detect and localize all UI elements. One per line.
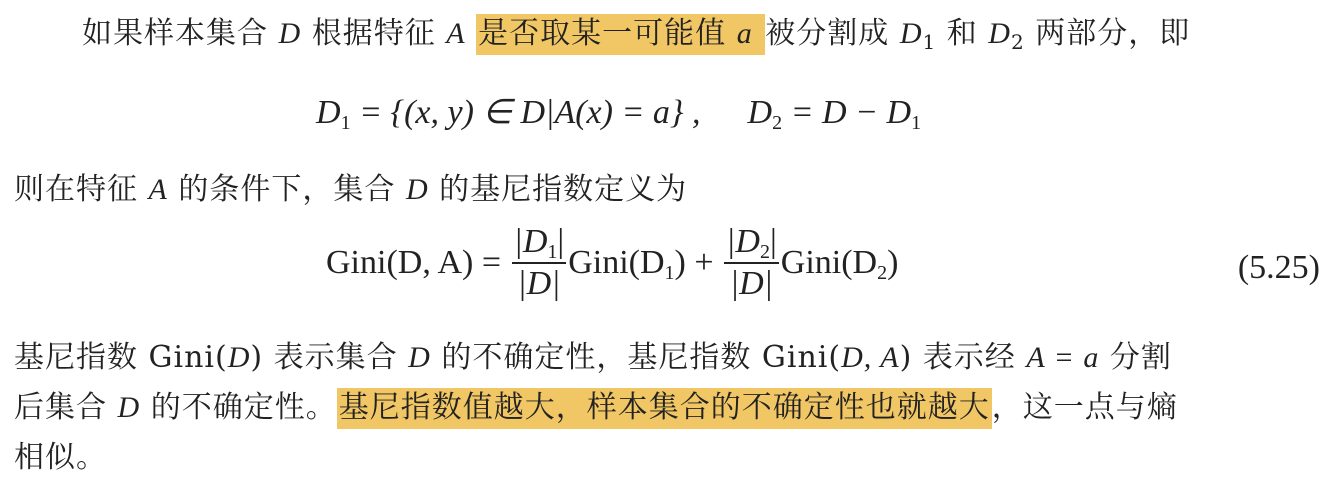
subscript: 1: [547, 241, 557, 263]
text: 的条件下，集合: [168, 172, 406, 207]
math-var: D: [748, 94, 773, 131]
paragraph-3-line-2: 后集合 D 的不确定性。基尼指数值越大，样本集合的不确定性也就越大，这一点与熵: [14, 386, 1178, 430]
text: ，这一点与熵: [992, 390, 1178, 425]
operator: ): [887, 244, 898, 281]
text: 如果样本集合: [82, 16, 279, 51]
denominator: |D|: [724, 264, 779, 304]
subscript: 2: [760, 241, 770, 263]
text: ) 表示集合: [250, 340, 408, 375]
math-var: D: [988, 17, 1011, 50]
difference-expression: = D − D: [782, 94, 911, 131]
gini-term: Gini(D: [568, 244, 664, 281]
text: 两部分，即: [1025, 16, 1191, 51]
subscript: 1: [665, 262, 675, 284]
text: 分割: [1099, 340, 1172, 375]
text: 后集合: [14, 390, 118, 425]
math-expr: A = a: [1026, 341, 1099, 374]
set-expression: = {(x, y) ∈ D|A(x) = a} ,: [351, 94, 701, 131]
math-var: D: [118, 391, 141, 424]
fraction-2: |D2| |D|: [724, 222, 779, 304]
fraction-1: |D1| |D|: [512, 222, 567, 304]
text: 根据特征: [301, 16, 446, 51]
math-var: D, A: [841, 341, 899, 374]
math-var: A: [149, 173, 168, 206]
text: 则在特征: [14, 172, 149, 207]
gini-term: Gini(D: [781, 244, 877, 281]
text: 和: [936, 16, 988, 51]
gini-lhs: Gini(D, A) =: [326, 244, 501, 281]
highlight-text: 是否取某一可能值: [478, 16, 737, 51]
text: 被分割成: [765, 16, 900, 51]
subscript: 1: [341, 112, 351, 134]
paragraph-3-line-1: 基尼指数 Gini(D) 表示集合 D 的不确定性，基尼指数 Gini(D, A…: [14, 336, 1172, 380]
bar: |: [770, 223, 777, 260]
equation-subsets: D1 = {(x, y) ∈ D|A(x) = a} , D2 = D − D1: [316, 92, 921, 132]
math-var: D: [406, 173, 429, 206]
text: 的不确定性，基尼指数 Gini(: [431, 340, 841, 375]
subscript: 1: [922, 30, 936, 54]
paragraph-1: 如果样本集合 D 根据特征 A 是否取某一可能值 a 被分割成 D1 和 D2 …: [82, 12, 1190, 56]
numerator: |D: [726, 223, 760, 260]
paragraph-2: 则在特征 A 的条件下，集合 D 的基尼指数定义为: [14, 168, 687, 212]
text: 的基尼指数定义为: [429, 172, 688, 207]
math-var: D: [316, 94, 341, 131]
math-var: D: [279, 17, 302, 50]
math-var: D: [228, 341, 251, 374]
highlight-2: 基尼指数值越大，样本集合的不确定性也就越大: [337, 388, 992, 429]
text: 相似。: [14, 440, 107, 475]
text: 基尼指数 Gini(: [14, 340, 228, 375]
math-var: D: [408, 341, 431, 374]
numerator: |D: [514, 223, 548, 260]
subscript: 2: [1011, 30, 1025, 54]
math-var: a: [737, 17, 753, 50]
bar: |: [557, 223, 564, 260]
denominator: |D|: [512, 264, 567, 304]
equation-number: (5.25): [1238, 249, 1320, 287]
highlight-1: 是否取某一可能值 a: [476, 14, 765, 55]
equation-gini: Gini(D, A) = |D1| |D| Gini(D1) + |D2| |D…: [326, 222, 898, 304]
subscript: 2: [877, 262, 887, 284]
paragraph-3-line-3: 相似。: [14, 436, 107, 480]
operator: ) +: [675, 244, 714, 281]
text: 的不确定性。: [140, 390, 337, 425]
subscript: 2: [772, 112, 782, 134]
subscript: 1: [911, 112, 921, 134]
math-var: A: [446, 17, 465, 50]
text: ) 表示经: [900, 340, 1027, 375]
math-var: D: [900, 17, 923, 50]
